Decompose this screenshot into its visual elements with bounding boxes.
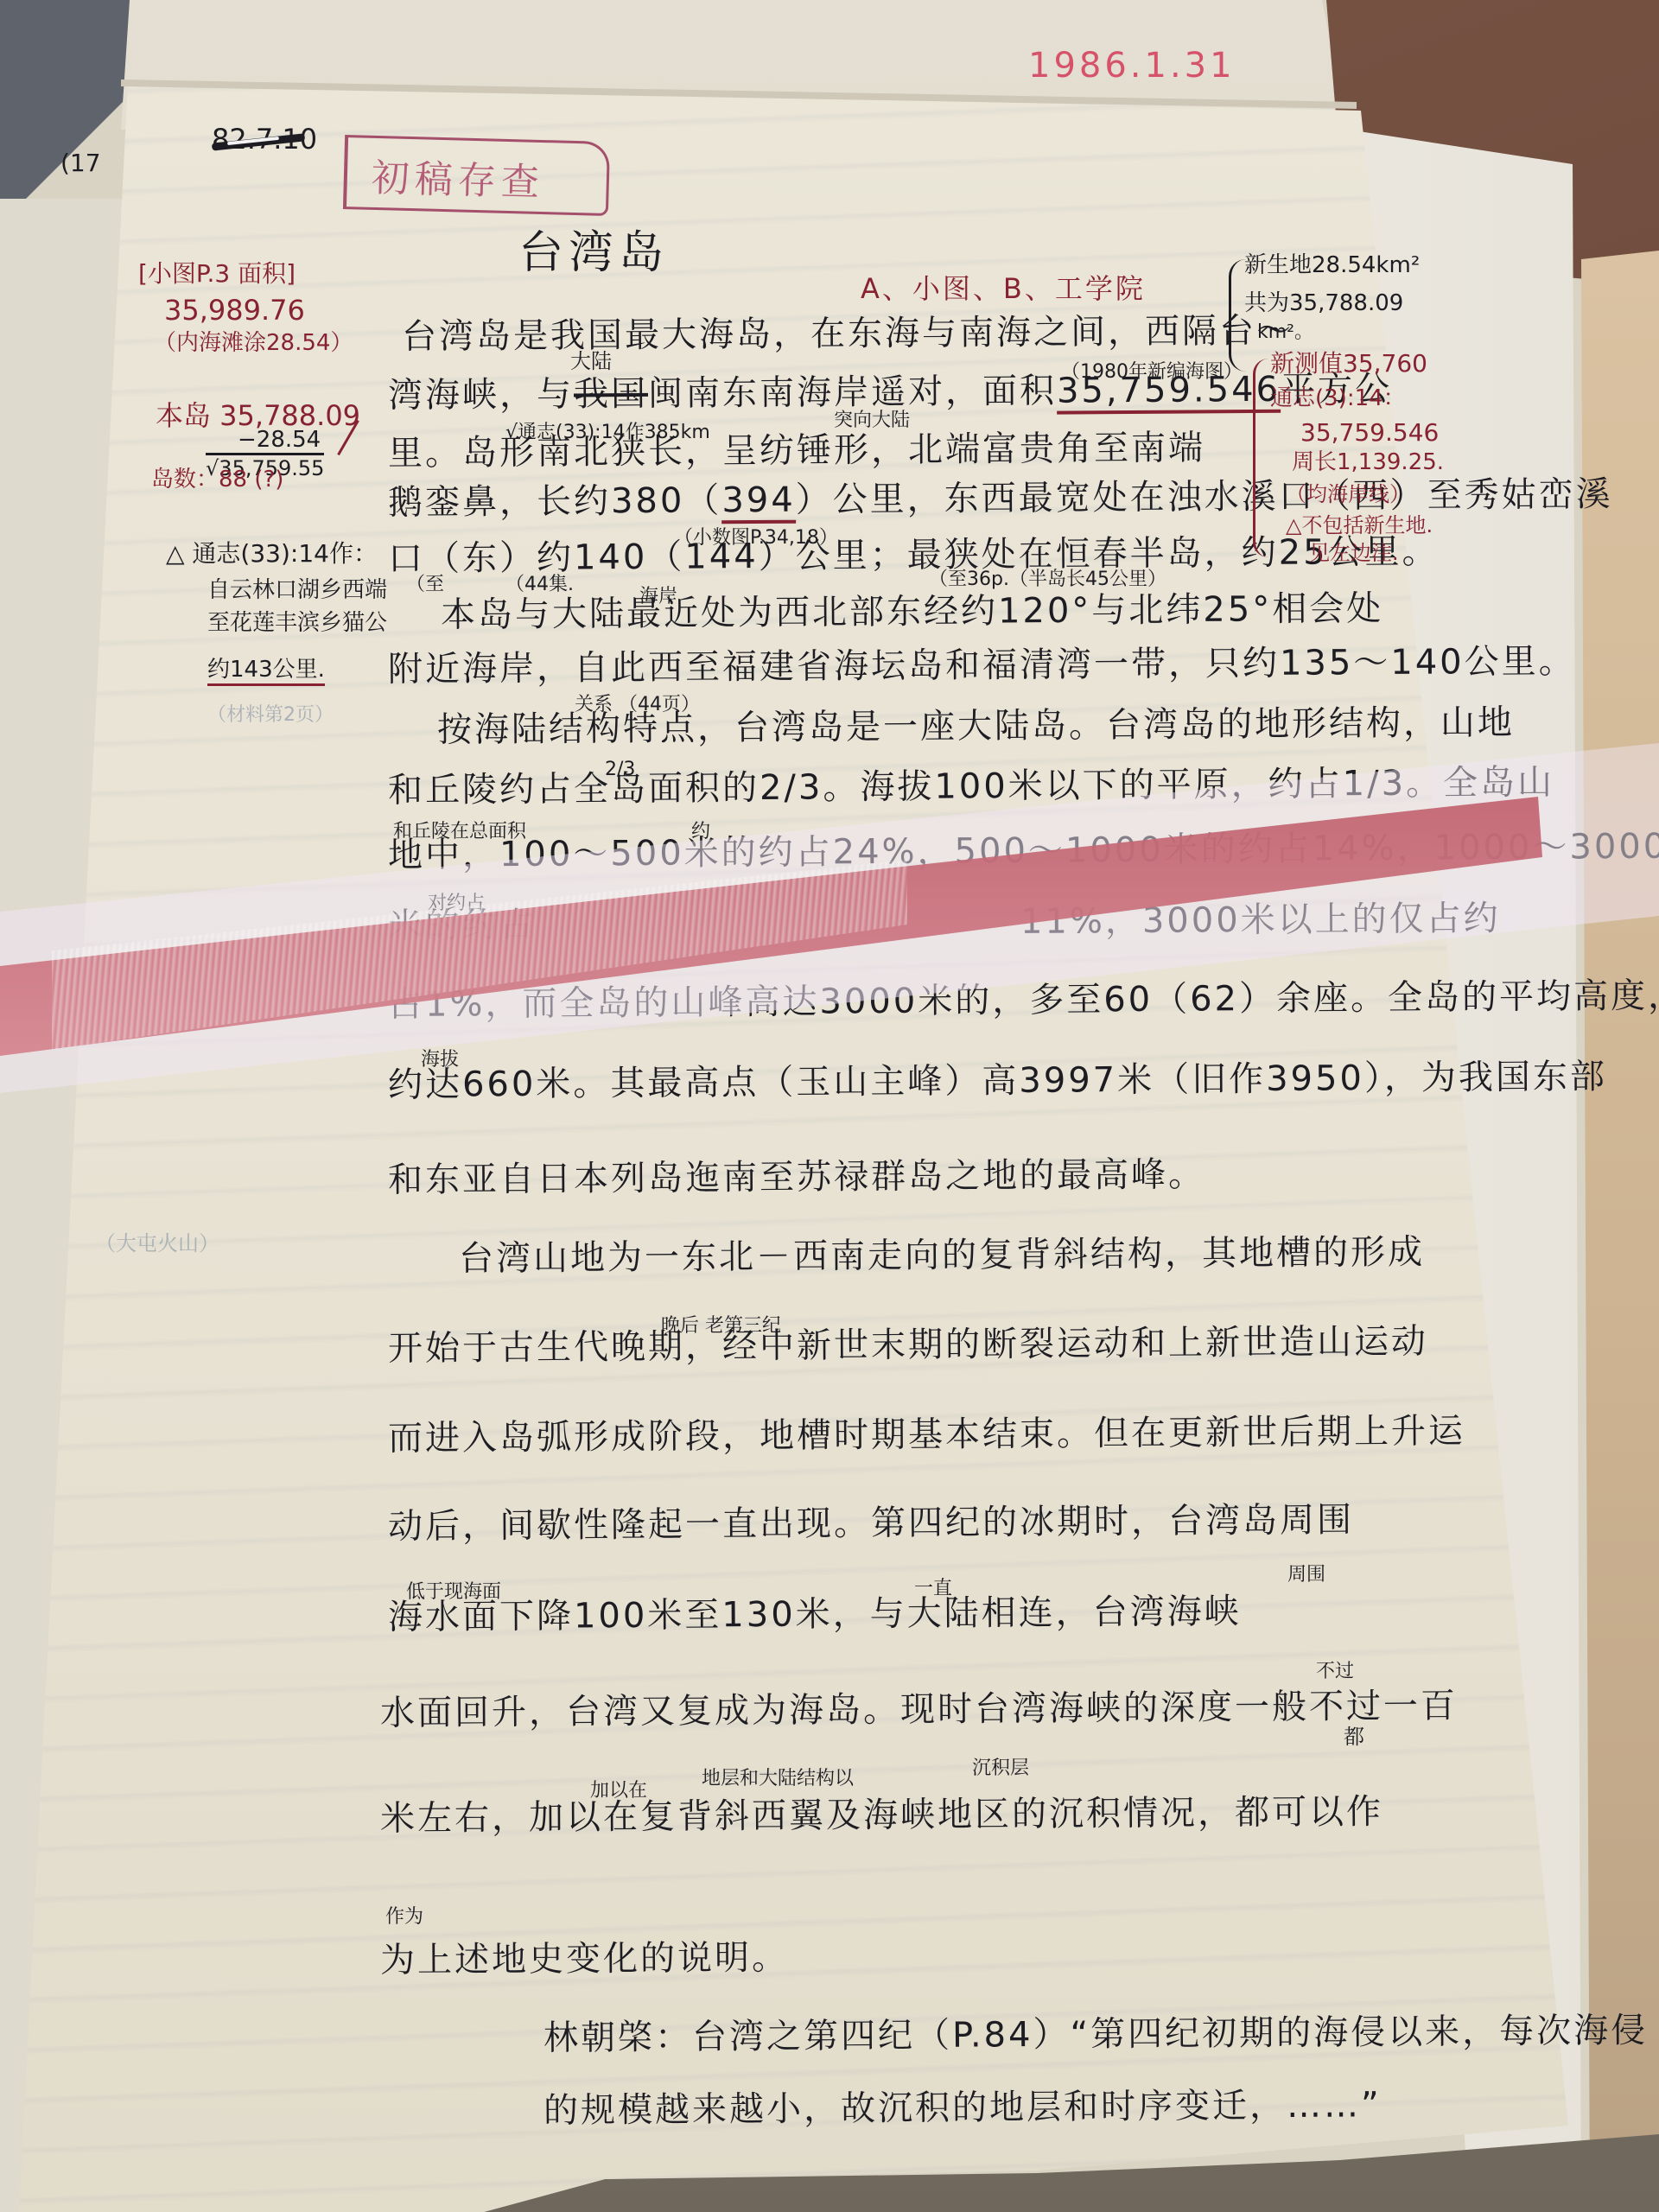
body-line: 台湾山地为一东北－西南走向的复背斜结构，其地槽的形成 xyxy=(459,1230,1425,1281)
interlinear-note: （1980年新编海图） xyxy=(1061,361,1243,384)
body-text: 动后，间歇性隆起一直出现。第四纪的冰期时，台湾岛周围 xyxy=(388,1500,1354,1547)
body-text: 和东亚自日本列岛迤南至苏禄群岛之地的最高峰。 xyxy=(388,1154,1205,1200)
body-line: 开始于古生代晚期，经中新世末期的断裂运动和上新世造山运动 xyxy=(388,1320,1428,1370)
interlinear-note: 不过 xyxy=(1316,1661,1354,1683)
body-line: 台湾岛是我国最大海岛，在东海与南海之间，西隔台～ xyxy=(402,309,1294,359)
margin-red-note: [小图P.3 面积] xyxy=(138,259,296,289)
struck-text: 我国 xyxy=(574,374,648,415)
interlinear-note: 关系 （44页） xyxy=(575,694,700,716)
right-margin-red-note: 通志(3):14： xyxy=(1270,385,1406,412)
right-margin-red-note: △不包括新生地. xyxy=(1286,513,1433,538)
stamp-box: 初稿存查 xyxy=(343,135,610,216)
body-text: 米左右，加以在复背斜西翼及海峡地区的沉积情况，都可以作 xyxy=(380,1792,1383,1839)
quote-text: 的规模越来越小，故沉积的地层和时序变迁，……” xyxy=(543,2085,1382,2131)
interlinear-note: （至36p.（半岛长45公里） xyxy=(929,569,1166,591)
body-line: 约达660米。其最高点（玉山主峰）高3997米（旧作3950），为我国东部 xyxy=(388,1055,1607,1107)
margin-red-note: 岛数：88 (?) xyxy=(151,467,283,493)
body-line: 附近海岸，自此西至福建省海坛岛和福清湾一带，只约135～140公里。 xyxy=(388,639,1576,691)
interlinear-note: 海拔 xyxy=(421,1049,459,1071)
pencil-note: （大屯火山） xyxy=(95,1231,219,1256)
back-sheet-red-note: 1986.1.31 xyxy=(1028,45,1236,86)
interlinear-note: 地层和大陆结构以 xyxy=(702,1768,854,1790)
body-line: 和东亚自日本列岛迤南至苏禄群岛之地的最高峰。 xyxy=(388,1153,1205,1202)
interlinear-note: 周围 xyxy=(1287,1564,1325,1586)
body-text: 湾海峡，与 xyxy=(388,374,574,415)
quote-line: 的规模越来越小，故沉积的地层和时序变迁，……” xyxy=(543,2083,1382,2133)
right-margin-red-note: 35,759.546 xyxy=(1300,418,1439,448)
interlinear-note: 和丘陵在总面积 xyxy=(393,821,526,843)
interlinear-note: 2/3 xyxy=(605,759,635,781)
body-line: 海水面下降100米至130米，与大陆相连，台湾海峡 xyxy=(388,1590,1242,1639)
stamp-text: 初稿存查 xyxy=(371,147,545,207)
right-margin-red-note: （均海岸线） xyxy=(1286,482,1410,507)
body-text: 水面回升，台湾又复成为海岛。现时台湾海峡的深度一般不过一百 xyxy=(380,1686,1458,1733)
body-text: 台湾山地为一东北－西南走向的复背斜结构，其地槽的形成 xyxy=(459,1232,1425,1279)
body-line: 而进入岛弧形成阶段，地槽时期基本结束。但在更新世后期上升运 xyxy=(388,1409,1465,1460)
body-text: 台湾岛是我国最大海岛，在东海与南海之间，西隔台～ xyxy=(402,311,1294,357)
interlinear-note: 加以在 xyxy=(590,1780,647,1802)
margin-black-note: △ 通志(33):14作： xyxy=(166,539,378,569)
margin-black-note: 约143公里. xyxy=(207,657,325,686)
body-text: 海水面下降100米至130米，与大陆相连，台湾海峡 xyxy=(388,1592,1242,1637)
date-note: 82.7.10 xyxy=(212,123,317,156)
right-margin-black-note: km²。 xyxy=(1257,321,1313,344)
body-text: 鹅銮鼻，长约380（ xyxy=(388,480,722,523)
body-text: 约达660米。其最高点（玉山主峰）高3997米（旧作3950），为我国东部 xyxy=(388,1057,1607,1105)
margin-red-note: （内海滩涂28.54） xyxy=(154,330,353,357)
right-margin-red-note: 新测值35,760 xyxy=(1270,349,1427,378)
interlinear-note: 作为 xyxy=(385,1906,423,1929)
interlinear-note: 晚后 老第三纪 xyxy=(661,1315,781,1338)
body-line: 为上述地史变化的说明。 xyxy=(380,1936,789,1982)
interlinear-note: 大陆 xyxy=(570,349,612,374)
body-text: 闽南东南海岸遥对，面积 xyxy=(648,372,1057,414)
body-line: 米左右，加以在复背斜西翼及海峡地区的沉积情况，都可以作 xyxy=(380,1790,1383,1840)
body-text: 本岛与大陆最近处为西北部东经约120°与北纬25°相会处 xyxy=(441,588,1384,635)
margin-red-note: 35,989.76 xyxy=(164,294,305,327)
quote-line: 林朝棨：台湾之第四纪（P.84）“第四纪初期的海侵以来，每次海侵 xyxy=(543,2009,1649,2060)
interlinear-note: （至 xyxy=(406,574,444,596)
body-text: 而进入岛弧形成阶段，地槽时期基本结束。但在更新世后期上升运 xyxy=(388,1411,1465,1459)
interlinear-note: 沉积层 xyxy=(972,1758,1029,1780)
right-margin-red-note: 周长1,139.25. xyxy=(1292,449,1444,476)
source-note: A、小图、B、工学院 xyxy=(861,272,1146,305)
right-red-brace xyxy=(1253,359,1271,557)
margin-red-note: −28.54 xyxy=(238,427,321,454)
body-text: 为上述地史变化的说明。 xyxy=(380,1938,789,1980)
length-value: 394 xyxy=(721,480,796,524)
body-line: 动后，间歇性隆起一直出现。第四纪的冰期时，台湾岛周围 xyxy=(388,1498,1354,1548)
interlinear-note: 低于现海面 xyxy=(406,1581,501,1604)
body-text: ）公里，东西最宽处在浊水溪口（西）至秀姑峦溪 xyxy=(796,474,1613,520)
margin-black-note: 自云林口湖乡西端 xyxy=(207,577,387,604)
body-line: 本岛与大陆最近处为西北部东经约120°与北纬25°相会处 xyxy=(441,587,1384,637)
right-margin-black-note: 共为35,788.09 xyxy=(1244,290,1403,317)
page-title: 台湾岛 xyxy=(518,226,669,280)
interlinear-note: （小数图P.34,18） xyxy=(674,527,838,550)
body-text: 附近海岸，自此西至福建省海坛岛和福清湾一带，只约135～140公里。 xyxy=(388,641,1576,690)
interlinear-note: （44集. xyxy=(505,574,574,596)
interlinear-note: 都 xyxy=(1344,1725,1364,1750)
right-margin-black-note: 新生地28.54km² xyxy=(1244,252,1420,279)
pencil-note: （材料第2页） xyxy=(207,704,334,727)
back-sheet-page-ref: (17 xyxy=(60,149,101,178)
interlinear-note: 海岸 xyxy=(639,586,677,608)
body-text: 口（东）约140（144）公里；最狭处在恒春半岛，约25公里。 xyxy=(388,532,1440,579)
body-line: 水面回升，台湾又复成为海岛。现时台湾海峡的深度一般不过一百 xyxy=(380,1684,1458,1735)
right-margin-red-note: 见左边注. xyxy=(1309,541,1399,566)
interlinear-note: 突向大陆 xyxy=(834,410,910,432)
body-text: 开始于古生代晚期，经中新世末期的断裂运动和上新世造山运动 xyxy=(388,1322,1428,1369)
quote-text: 林朝棨：台湾之第四纪（P.84）“第四纪初期的海侵以来，每次海侵 xyxy=(543,2011,1649,2058)
interlinear-note: 一直 xyxy=(914,1578,952,1600)
interlinear-note: √通志(33):14作385km xyxy=(505,422,710,444)
margin-black-note: 至花莲丰滨乡猫公 xyxy=(207,610,387,637)
